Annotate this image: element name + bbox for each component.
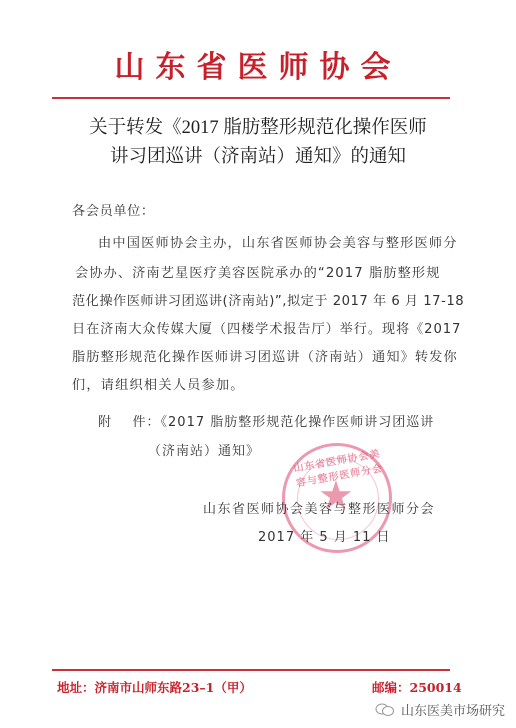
wechat-icon	[375, 703, 395, 717]
signature-date: 2017 年 5 月 11 日	[258, 526, 391, 545]
body-line-1: 由中国医师协会主办，山东省医师协会美容与整形医师分	[98, 232, 458, 251]
letterhead-divider	[52, 97, 450, 99]
attachment-title-line-2: （济南站）通知》	[148, 440, 260, 459]
body-line-2: 会协办、济南艺星医疗美容医院承办的“2017 脂肪整形规	[75, 262, 441, 281]
letterhead-organization: 山东省医师协会	[0, 48, 516, 88]
body-line-4: 日在济南大众传媒大厦（四楼学术报告厅）举行。现将《2017	[72, 318, 461, 337]
attachment-label: 附 件：《2017 脂肪整形规范化操作医师讲习团巡讲	[98, 411, 434, 430]
body-line-6: 们，请组织相关人员参加。	[72, 374, 245, 393]
salutation: 各会员单位：	[72, 200, 472, 219]
document-title: 关于转发《2017 脂肪整形规范化操作医师 讲习团巡讲（济南站）通知》的通知	[0, 114, 516, 172]
footer-address: 地址：济南市山师东路23–1（甲）	[57, 678, 252, 696]
body-line-5: 脂肪整形规范化操作医师讲习团巡讲（济南站）通知》转发你	[72, 346, 458, 365]
title-line-1: 关于转发《2017 脂肪整形规范化操作医师	[0, 114, 516, 143]
footer-divider	[52, 669, 450, 671]
footer-postcode: 邮编：250014	[372, 678, 462, 696]
attachment-label-text: 附 件：	[98, 415, 161, 430]
watermark-text: 山东医美市场研究	[401, 700, 505, 719]
signature-organization: 山东省医师协会美容与整形医师分会	[203, 498, 435, 517]
title-line-2: 讲习团巡讲（济南站）通知》的通知	[0, 143, 516, 172]
attachment-title-line-1: 《2017 脂肪整形规范化操作医师讲习团巡讲	[161, 415, 435, 430]
body-line-3: 范化操作医师讲习团巡讲(济南站)”,拟定于 2017 年 6 月 17-18	[72, 290, 464, 309]
source-watermark: 山东医美市场研究	[375, 700, 505, 719]
